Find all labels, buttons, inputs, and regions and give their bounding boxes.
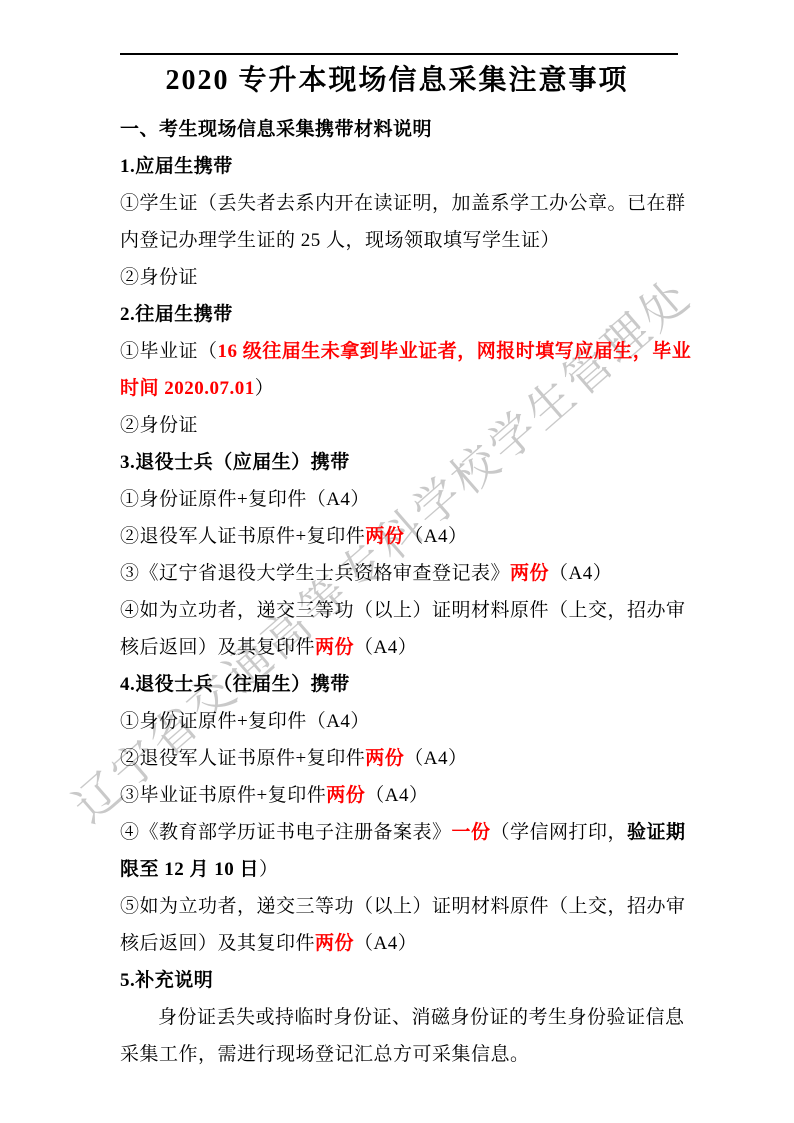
text-line: ①身份证原件+复印件（A4）	[120, 703, 680, 740]
text-segment: ①身份证原件+复印件（A4）	[120, 711, 370, 732]
text-segment: ③《辽宁省退役大学生士兵资格审查登记表》	[120, 563, 510, 584]
text-segment: 内登记办理学生证的 25 人，现场领取填写学生证）	[120, 230, 560, 251]
text-segment: 3.退役士兵（应届生）携带	[120, 452, 350, 473]
text-segment: ②身份证	[120, 267, 198, 288]
text-line: ③毕业证书原件+复印件两份（A4）	[120, 777, 680, 814]
document-page: 辽宁省交通高等专科学校学生管理处 2020 专升本现场信息采集注意事项 一、考生…	[0, 0, 794, 1123]
text-segment: ①学生证（丢失者去系内开在读证明，加盖系学工办公章。已在群	[120, 193, 686, 214]
text-line: 核后返回）及其复印件两份（A4）	[120, 629, 680, 666]
text-line: 2.往届生携带	[120, 296, 680, 333]
text-line: 身份证丢失或持临时身份证、消磁身份证的考生身份验证信息	[120, 999, 680, 1036]
text-line: ②退役军人证书原件+复印件两份（A4）	[120, 740, 680, 777]
text-segment: 5.补充说明	[120, 970, 213, 991]
text-line: ②身份证	[120, 259, 680, 296]
header-rule	[120, 53, 678, 55]
text-line: ①身份证原件+复印件（A4）	[120, 481, 680, 518]
text-segment: ④如为立功者，递交三等功（以上）证明材料原件（上交，招办审	[120, 600, 686, 621]
text-line: ②身份证	[120, 407, 680, 444]
highlight-red-text: 两份	[315, 933, 354, 954]
text-segment: ）	[259, 859, 279, 880]
text-line: ①学生证（丢失者去系内开在读证明，加盖系学工办公章。已在群	[120, 185, 680, 222]
text-line: 4.退役士兵（往届生）携带	[120, 666, 680, 703]
text-line: 3.退役士兵（应届生）携带	[120, 444, 680, 481]
text-segment: 2.往届生携带	[120, 304, 233, 325]
highlight-red-text: 一份	[452, 822, 491, 843]
text-segment: ④《教育部学历证书电子注册备案表》	[120, 822, 452, 843]
text-segment: （A4）	[404, 526, 467, 547]
text-segment: 1.应届生携带	[120, 156, 233, 177]
text-segment: 采集工作，需进行现场登记汇总方可采集信息。	[120, 1044, 530, 1065]
text-line: 采集工作，需进行现场登记汇总方可采集信息。	[120, 1036, 680, 1073]
text-segment: （A4）	[365, 785, 428, 806]
text-segment: 核后返回）及其复印件	[120, 933, 315, 954]
text-segment: 验证期	[627, 822, 686, 843]
text-line: ②退役军人证书原件+复印件两份（A4）	[120, 518, 680, 555]
text-segment: （学信网打印，	[491, 822, 628, 843]
text-segment: （A4）	[549, 563, 612, 584]
text-segment: 一、考生现场信息采集携带材料说明	[120, 119, 432, 140]
text-segment: ①毕业证（	[120, 341, 218, 362]
text-line: 限至 12 月 10 日）	[120, 851, 680, 888]
text-segment: ）	[255, 378, 275, 399]
text-segment: ③毕业证书原件+复印件	[120, 785, 326, 806]
text-line: 5.补充说明	[120, 962, 680, 999]
text-segment: （A4）	[404, 748, 467, 769]
text-line: 核后返回）及其复印件两份（A4）	[120, 925, 680, 962]
document-body: 一、考生现场信息采集携带材料说明1.应届生携带①学生证（丢失者去系内开在读证明，…	[120, 111, 680, 1073]
highlight-red-text: 两份	[365, 748, 404, 769]
page-title: 2020 专升本现场信息采集注意事项	[0, 58, 794, 98]
text-segment: 身份证丢失或持临时身份证、消磁身份证的考生身份验证信息	[158, 1007, 685, 1028]
highlight-red-text: 两份	[326, 785, 365, 806]
text-segment: ②退役军人证书原件+复印件	[120, 526, 365, 547]
text-line: 一、考生现场信息采集携带材料说明	[120, 111, 680, 148]
text-segment: 限至 12 月 10 日	[120, 859, 259, 880]
text-line: 内登记办理学生证的 25 人，现场领取填写学生证）	[120, 222, 680, 259]
highlight-red-text: 两份	[315, 637, 354, 658]
text-line: 1.应届生携带	[120, 148, 680, 185]
highlight-red-text: 两份	[510, 563, 549, 584]
text-line: ④《教育部学历证书电子注册备案表》一份（学信网打印，验证期	[120, 814, 680, 851]
text-segment: ②退役军人证书原件+复印件	[120, 748, 365, 769]
text-line: ④如为立功者，递交三等功（以上）证明材料原件（上交，招办审	[120, 592, 680, 629]
text-line: ①毕业证（16 级往届生未拿到毕业证者，网报时填写应届生，毕业	[120, 333, 680, 370]
text-segment: ①身份证原件+复印件（A4）	[120, 489, 370, 510]
text-segment: 4.退役士兵（往届生）携带	[120, 674, 350, 695]
text-segment: 核后返回）及其复印件	[120, 637, 315, 658]
text-line: 时间 2020.07.01）	[120, 370, 680, 407]
highlight-red-text: 时间 2020.07.01	[120, 378, 255, 399]
text-segment: ②身份证	[120, 415, 198, 436]
text-segment: （A4）	[354, 637, 417, 658]
text-segment: ⑤如为立功者，递交三等功（以上）证明材料原件（上交，招办审	[120, 896, 686, 917]
highlight-red-text: 16 级往届生未拿到毕业证者，网报时填写应届生，毕业	[218, 341, 692, 362]
text-line: ⑤如为立功者，递交三等功（以上）证明材料原件（上交，招办审	[120, 888, 680, 925]
text-segment: （A4）	[354, 933, 417, 954]
highlight-red-text: 两份	[365, 526, 404, 547]
text-line: ③《辽宁省退役大学生士兵资格审查登记表》两份（A4）	[120, 555, 680, 592]
